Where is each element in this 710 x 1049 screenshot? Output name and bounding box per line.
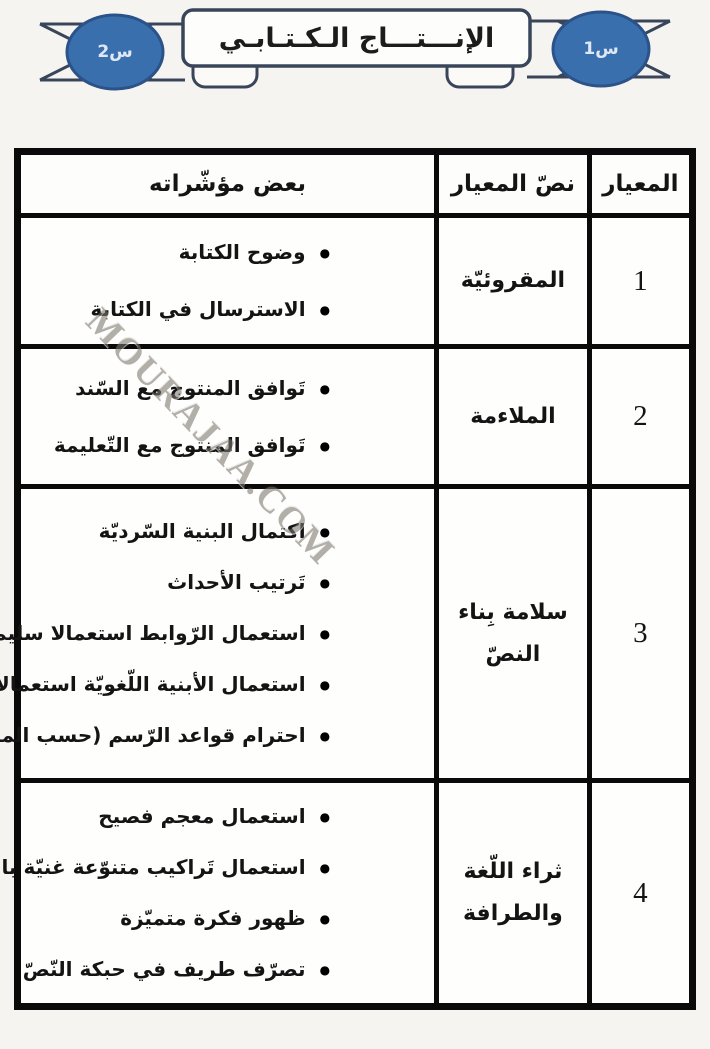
indicator-item: استعمال الرّوابط استعمالا سليما [29,608,330,659]
table-row-criterion-2: 2 الملاءمة تَوافق المنتوج مع السّند تَوا… [18,347,693,487]
badge-year1-label: س1 [553,31,649,67]
table-row-criterion-4: 4 ثراء اللّغة والطرافة استعمال معجم فصيح… [18,781,693,1007]
criterion-number: 3 [589,487,692,781]
indicator-list: اكتمال البنية السّرديّة تَرتيب الأحداث ا… [21,500,434,767]
indicator-item: اكتمال البنية السّرديّة [29,506,330,557]
criteria-table: المعيار نصّ المعيار بعض مؤشّراته 1 المقر… [14,148,696,1010]
criterion-text: سلامة بِناء النصّ [437,487,590,781]
indicator-item: استعمال تَراكيب متنوّعة غنيّة بالمتمّمات [29,842,330,893]
document-page: الإنـــتـــاج الـكـتـابـي س2 س1 المعيار … [0,0,710,1049]
indicators-cell: تَوافق المنتوج مع السّند تَوافق المنتوج … [18,347,437,487]
criterion-number: 1 [589,216,692,347]
header-criterion-text: نصّ المعيار [437,152,590,216]
indicators-cell: استعمال معجم فصيح استعمال تَراكيب متنوّع… [18,781,437,1007]
table-header-row: المعيار نصّ المعيار بعض مؤشّراته [18,152,693,216]
table-row-criterion-1: 1 المقروئيّة وضوح الكتابة الاسترسال في ا… [18,216,693,347]
indicators-cell: اكتمال البنية السّرديّة تَرتيب الأحداث ا… [18,487,437,781]
indicator-item: الاسترسال في الكتابة [29,281,330,338]
indicator-item: استعمال معجم فصيح [29,791,330,842]
indicator-item: ظهور فكرة متميّزة [29,893,330,944]
indicator-item: تَوافق المنتوج مع التّعليمة [29,417,330,474]
criterion-number: 2 [589,347,692,487]
criterion-text: الملاءمة [437,347,590,487]
indicator-item: تَرتيب الأحداث [29,557,330,608]
criterion-text: ثراء اللّغة والطرافة [437,781,590,1007]
banner-title: الإنـــتـــاج الـكـتـابـي [183,12,530,66]
criterion-text: المقروئيّة [437,216,590,347]
indicator-list: تَوافق المنتوج مع السّند تَوافق المنتوج … [21,354,434,480]
table-row-criterion-3: 3 سلامة بِناء النصّ اكتمال البنية السّرد… [18,487,693,781]
indicator-item: استعمال الأبنية اللّغويّة استعمالا سليما [29,659,330,710]
indicators-cell: وضوح الكتابة الاسترسال في الكتابة [18,216,437,347]
indicator-item: تَوافق المنتوج مع السّند [29,360,330,417]
header-criterion-number: المعيار [589,152,692,216]
indicator-list: استعمال معجم فصيح استعمال تَراكيب متنوّع… [21,785,434,1001]
header-indicators: بعض مؤشّراته [18,152,437,216]
indicator-list: وضوح الكتابة الاسترسال في الكتابة [21,218,434,344]
badge-year2-label: س2 [67,34,163,70]
indicator-item: وضوح الكتابة [29,224,330,281]
indicator-item: تصرّف طريف في حبكة النّصّ [29,944,330,995]
criterion-number: 4 [589,781,692,1007]
indicator-item: احترام قواعد الرّسم (حسب المستوى) [29,710,330,761]
